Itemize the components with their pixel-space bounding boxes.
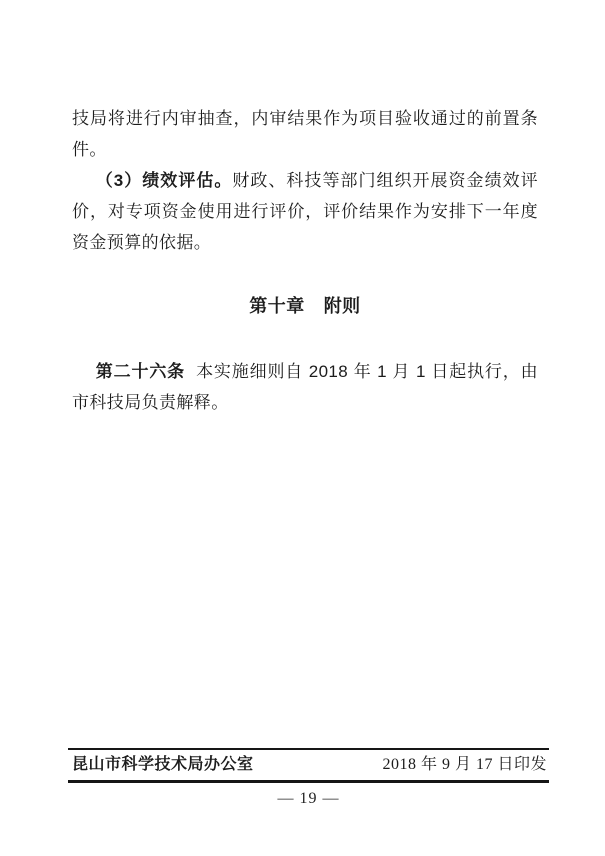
issuing-office-label: 昆山市科学技术局办公室: [72, 755, 254, 775]
paragraph-continuation: 技局将进行内审抽查，内审结果作为项目验收通过的前置条件。: [72, 103, 538, 165]
print-date-label: 2018 年 9 月 17 日印发: [382, 755, 547, 775]
document-page: 技局将进行内审抽查，内审结果作为项目验收通过的前置条件。 （3）绩效评估。财政、…: [0, 0, 605, 856]
colophon-row: 昆山市科学技术局办公室 2018 年 9 月 17 日印发: [68, 748, 549, 783]
paragraph-lead-label: （3）绩效评估。: [96, 171, 233, 190]
paragraph-performance-evaluation: （3）绩效评估。财政、科技等部门组织开展资金绩效评价，对专项资金使用进行评价，评…: [72, 165, 538, 258]
chapter-heading: 第十章附则: [72, 291, 538, 322]
chapter-title: 附则: [324, 296, 361, 316]
article-number-label: 第二十六条: [96, 362, 185, 381]
page-number: — 19 —: [68, 790, 549, 808]
page-footer: 昆山市科学技术局办公室 2018 年 9 月 17 日印发 — 19 —: [68, 748, 549, 808]
chapter-number: 第十章: [249, 296, 305, 316]
document-body: 技局将进行内审抽查，内审结果作为项目验收通过的前置条件。 （3）绩效评估。财政、…: [72, 103, 538, 418]
paragraph-article-26: 第二十六条本实施细则自 2018 年 1 月 1 日起执行，由市科技局负责解释。: [72, 356, 538, 418]
